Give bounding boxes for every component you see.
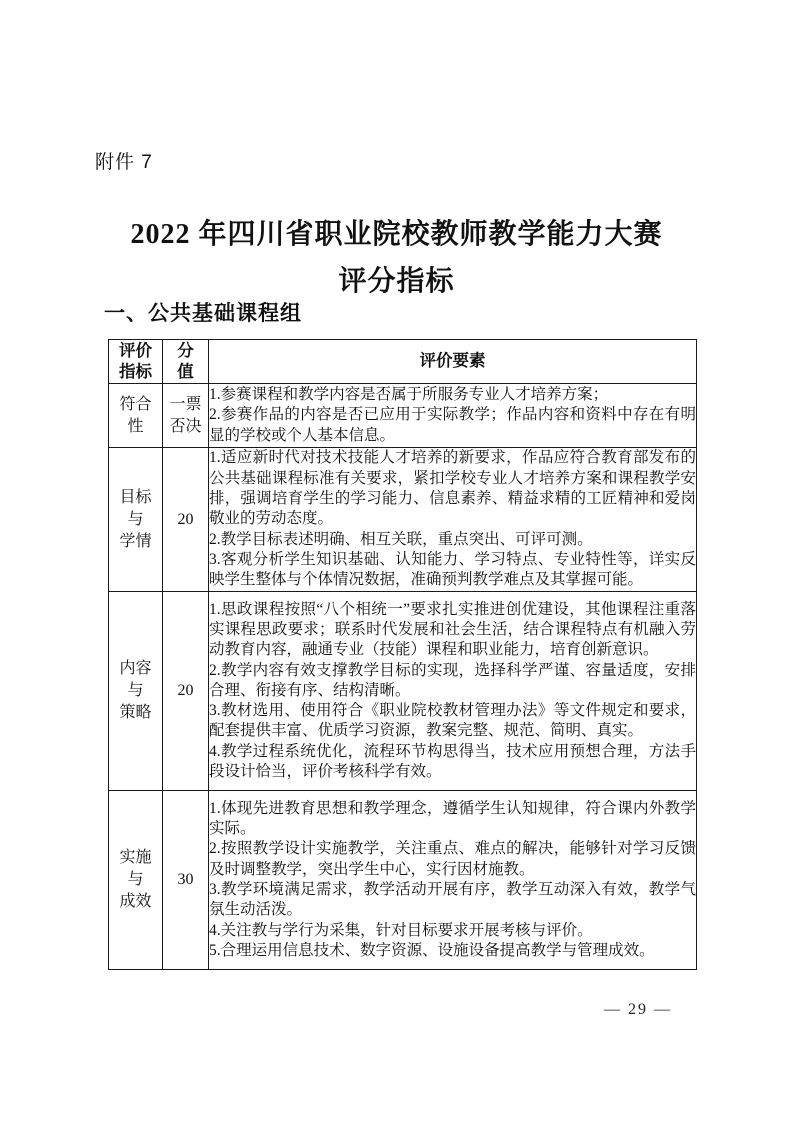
scoring-criteria-table: 评价 指标 分 值 评价要素 符合 性 一票 否决 1.参赛课程和教学内容是否属… [108,339,697,970]
document-title-line1: 2022 年四川省职业院校教师教学能力大赛 [0,212,793,252]
elements-cell: 1.适应新时代对技术技能人才培养的新要求，作品应符合教育部发布的公共基础课程标准… [209,448,697,592]
element-item: 1.体现先进教育思想和教学理念，遵循学生认知规律，符合课内外教学实际。 [209,799,696,840]
element-item: 3.教学环境满足需求，教学活动开展有序，教学互动深入有效，教学气氛生动活泼。 [209,880,696,921]
elements-cell: 1.体现先进教育思想和教学理念，遵循学生认知规律，符合课内外教学实际。 2.按照… [209,791,697,970]
score-cell: 一票 否决 [163,384,209,448]
element-item: 1.适应新时代对技术技能人才培养的新要求，作品应符合教育部发布的公共基础课程标准… [209,448,696,529]
attachment-label: 附件 7 [95,147,153,174]
indicator-cell: 实施 与 成效 [109,791,163,970]
indicator-cell: 目标 与 学情 [109,448,163,592]
table-row-compliance: 符合 性 一票 否决 1.参赛课程和教学内容是否属于所服务专业人才培养方案； 2… [109,384,697,448]
element-item: 2.参赛作品的内容是否已应用于实际教学；作品内容和资料中存在有明显的学校或个人基… [209,405,696,446]
element-item: 3.客观分析学生知识基础、认知能力、学习特点、专业特性等，详实反映学生整体与个体… [209,550,696,591]
page-number: — 29 — [598,1001,678,1019]
element-item: 2.教学目标表述明确、相互关联，重点突出、可评可测。 [209,530,696,550]
document-page: 附件 7 2022 年四川省职业院校教师教学能力大赛 评分指标 一、公共基础课程… [0,0,793,1122]
header-elements: 评价要素 [209,340,697,384]
elements-cell: 1.思政课程按照“八个相统一”要求扎实推进创优建设，其他课程注重落实课程思政要求… [209,592,697,791]
score-cell: 30 [163,791,209,970]
header-indicator: 评价 指标 [109,340,163,384]
element-item: 5.合理运用信息技术、数字资源、设施设备提高教学与管理成效。 [209,941,696,961]
table-row-goals-learning: 目标 与 学情 20 1.适应新时代对技术技能人才培养的新要求，作品应符合教育部… [109,448,697,592]
score-cell: 20 [163,448,209,592]
element-item: 2.按照教学设计实施教学，关注重点、难点的解决，能够针对学习反馈及时调整教学，突… [209,839,696,880]
element-item: 4.教学过程系统优化，流程环节构思得当，技术应用预想合理，方法手段设计恰当，评价… [209,742,696,783]
element-item: 3.教材选用、使用符合《职业院校教材管理办法》等文件规定和要求，配套提供丰富、优… [209,701,696,742]
indicator-cell: 符合 性 [109,384,163,448]
elements-cell: 1.参赛课程和教学内容是否属于所服务专业人才培养方案； 2.参赛作品的内容是否已… [209,384,697,448]
table-header-row: 评价 指标 分 值 评价要素 [109,340,697,384]
table-row-content-strategy: 内容 与 策略 20 1.思政课程按照“八个相统一”要求扎实推进创优建设，其他课… [109,592,697,791]
document-title-line2: 评分指标 [0,259,793,299]
element-item: 1.思政课程按照“八个相统一”要求扎实推进创优建设，其他课程注重落实课程思政要求… [209,600,696,661]
table-row-implementation-results: 实施 与 成效 30 1.体现先进教育思想和教学理念，遵循学生认知规律，符合课内… [109,791,697,970]
score-cell: 20 [163,592,209,791]
element-item: 1.参赛课程和教学内容是否属于所服务专业人才培养方案； [209,385,696,405]
indicator-cell: 内容 与 策略 [109,592,163,791]
element-item: 4.关注教与学行为采集，针对目标要求开展考核与评价。 [209,921,696,941]
header-score: 分 值 [163,340,209,384]
section-heading: 一、公共基础课程组 [104,297,302,327]
element-item: 2.教学内容有效支撑教学目标的实现，选择科学严谨、容量适度，安排合理、衔接有序、… [209,661,696,702]
